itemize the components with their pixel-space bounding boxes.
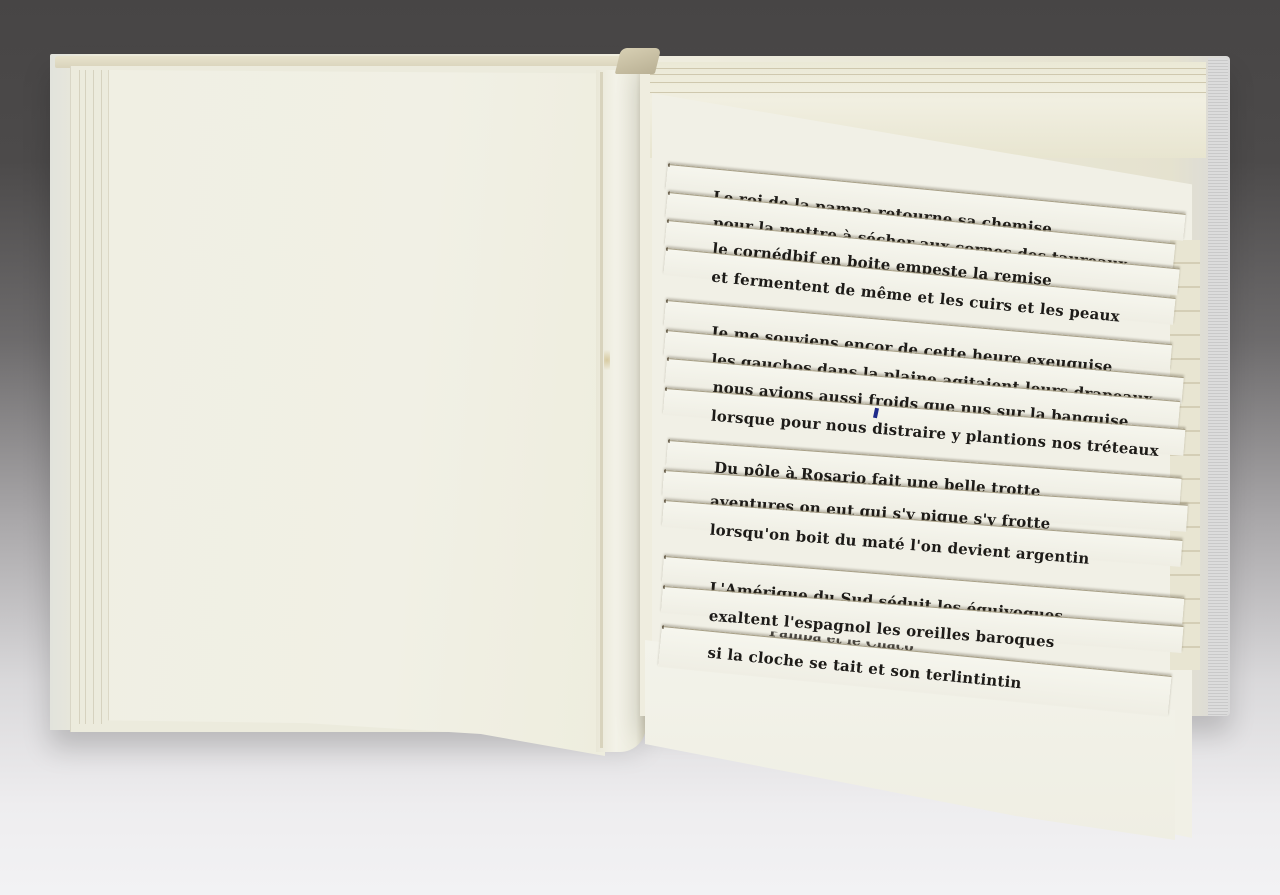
- text-strips: Le roi de la pampa retourne sa chemise p…: [0, 0, 1280, 895]
- cut-slot: [664, 499, 676, 504]
- cut-slot: [666, 247, 678, 252]
- book-photo: fondamentaux de mise de cette tour à Flo…: [0, 0, 1280, 895]
- strip-text: lorsqu'on boit du maté l'on devient arge…: [709, 521, 1090, 568]
- cut-slot: [667, 357, 679, 362]
- cut-slot: [664, 555, 676, 560]
- cut-slot: [662, 625, 674, 630]
- cut-slot: [668, 163, 680, 168]
- cut-slot: [664, 469, 676, 474]
- cut-slot: [666, 329, 678, 334]
- cut-slot: [668, 191, 680, 196]
- cut-slot: [668, 439, 680, 444]
- cut-slot: [667, 219, 679, 224]
- cut-slot: [665, 387, 677, 392]
- cut-slot: [666, 299, 678, 304]
- cut-slot: [663, 585, 675, 590]
